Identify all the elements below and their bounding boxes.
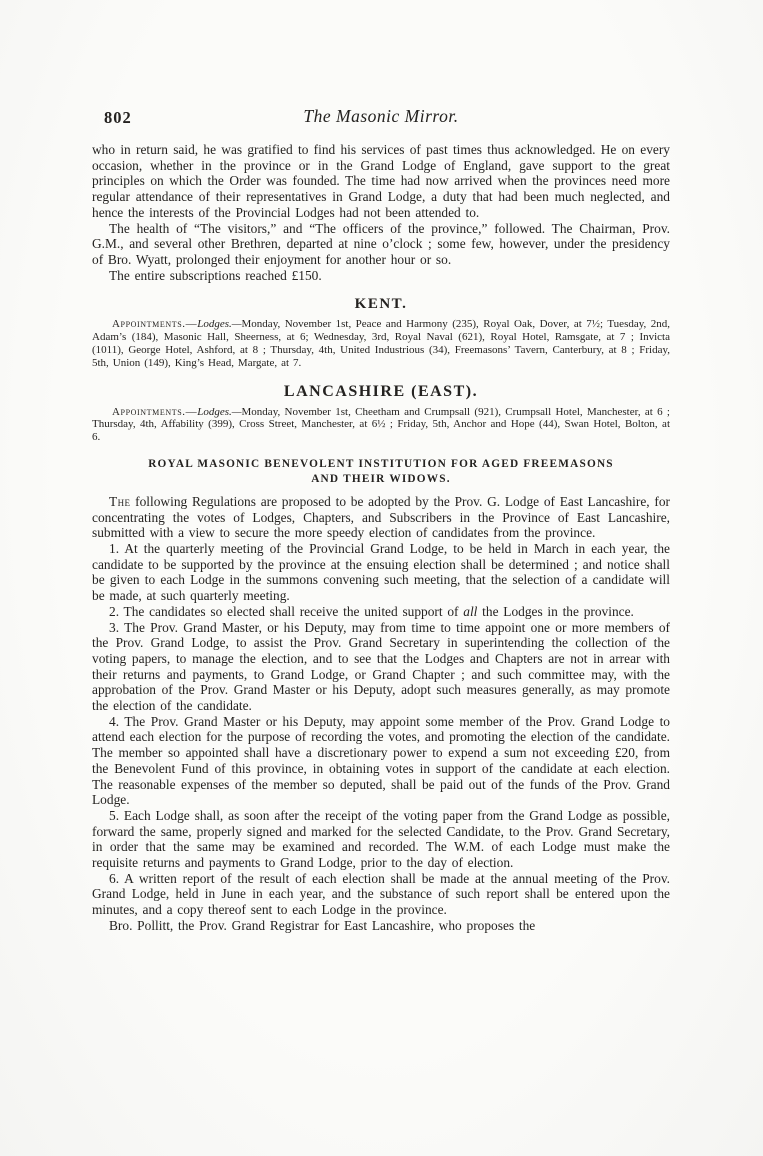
lancashire-appointments: Appointments.—Lodges.—Monday, November 1… bbox=[92, 406, 670, 444]
document-page: 802 The Masonic Mirror. who in return sa… bbox=[0, 0, 763, 1156]
institution-opening-rest: following Regulations are proposed to be… bbox=[92, 494, 670, 540]
regulation-3: 3. The Prov. Grand Master, or his Deputy… bbox=[92, 620, 670, 714]
intro-paragraph-3: The entire subscriptions reached £150. bbox=[92, 268, 670, 284]
regulation-2-after: the Lodges in the province. bbox=[477, 604, 634, 619]
intro-paragraph-1: who in return said, he was gratified to … bbox=[92, 142, 670, 221]
institution-heading: ROYAL MASONIC BENEVOLENT INSTITUTION FOR… bbox=[92, 457, 670, 487]
kent-appointments: Appointments.—Lodges.—Monday, November 1… bbox=[92, 318, 670, 369]
appointments-label: Appointments.— bbox=[112, 406, 197, 418]
page-number: 802 bbox=[104, 108, 132, 128]
appointments-label: Appointments.— bbox=[112, 318, 197, 330]
regulation-4: 4. The Prov. Grand Master or his Deputy,… bbox=[92, 714, 670, 808]
intro-paragraph-2: The health of “The visitors,” and “The o… bbox=[92, 221, 670, 268]
closing-paragraph: Bro. Pollitt, the Prov. Grand Registrar … bbox=[92, 918, 670, 934]
lodges-label: Lodges.— bbox=[197, 318, 241, 330]
regulation-1: 1. At the quarterly meeting of the Provi… bbox=[92, 541, 670, 604]
regulation-2-emphasis: all bbox=[463, 604, 477, 619]
lodges-label: Lodges.— bbox=[197, 406, 241, 418]
section-heading-lancashire-east: LANCASHIRE (EAST). bbox=[92, 383, 670, 401]
regulation-5: 5. Each Lodge shall, as soon after the r… bbox=[92, 808, 670, 871]
institution-heading-line1: ROYAL MASONIC BENEVOLENT INSTITUTION FOR… bbox=[92, 457, 670, 472]
journal-title: The Masonic Mirror. bbox=[92, 106, 670, 127]
regulation-6: 6. A written report of the result of eac… bbox=[92, 871, 670, 918]
institution-opening-paragraph: The following Regulations are proposed t… bbox=[92, 494, 670, 541]
lead-word: The bbox=[109, 494, 130, 509]
page-body: who in return said, he was gratified to … bbox=[92, 142, 670, 934]
section-heading-kent: KENT. bbox=[92, 296, 670, 313]
regulation-2: 2. The candidates so elected shall recei… bbox=[92, 604, 670, 620]
regulation-2-before: 2. The candidates so elected shall recei… bbox=[109, 604, 463, 619]
page-header: 802 The Masonic Mirror. bbox=[92, 106, 670, 132]
institution-heading-line2: AND THEIR WIDOWS. bbox=[92, 472, 670, 487]
